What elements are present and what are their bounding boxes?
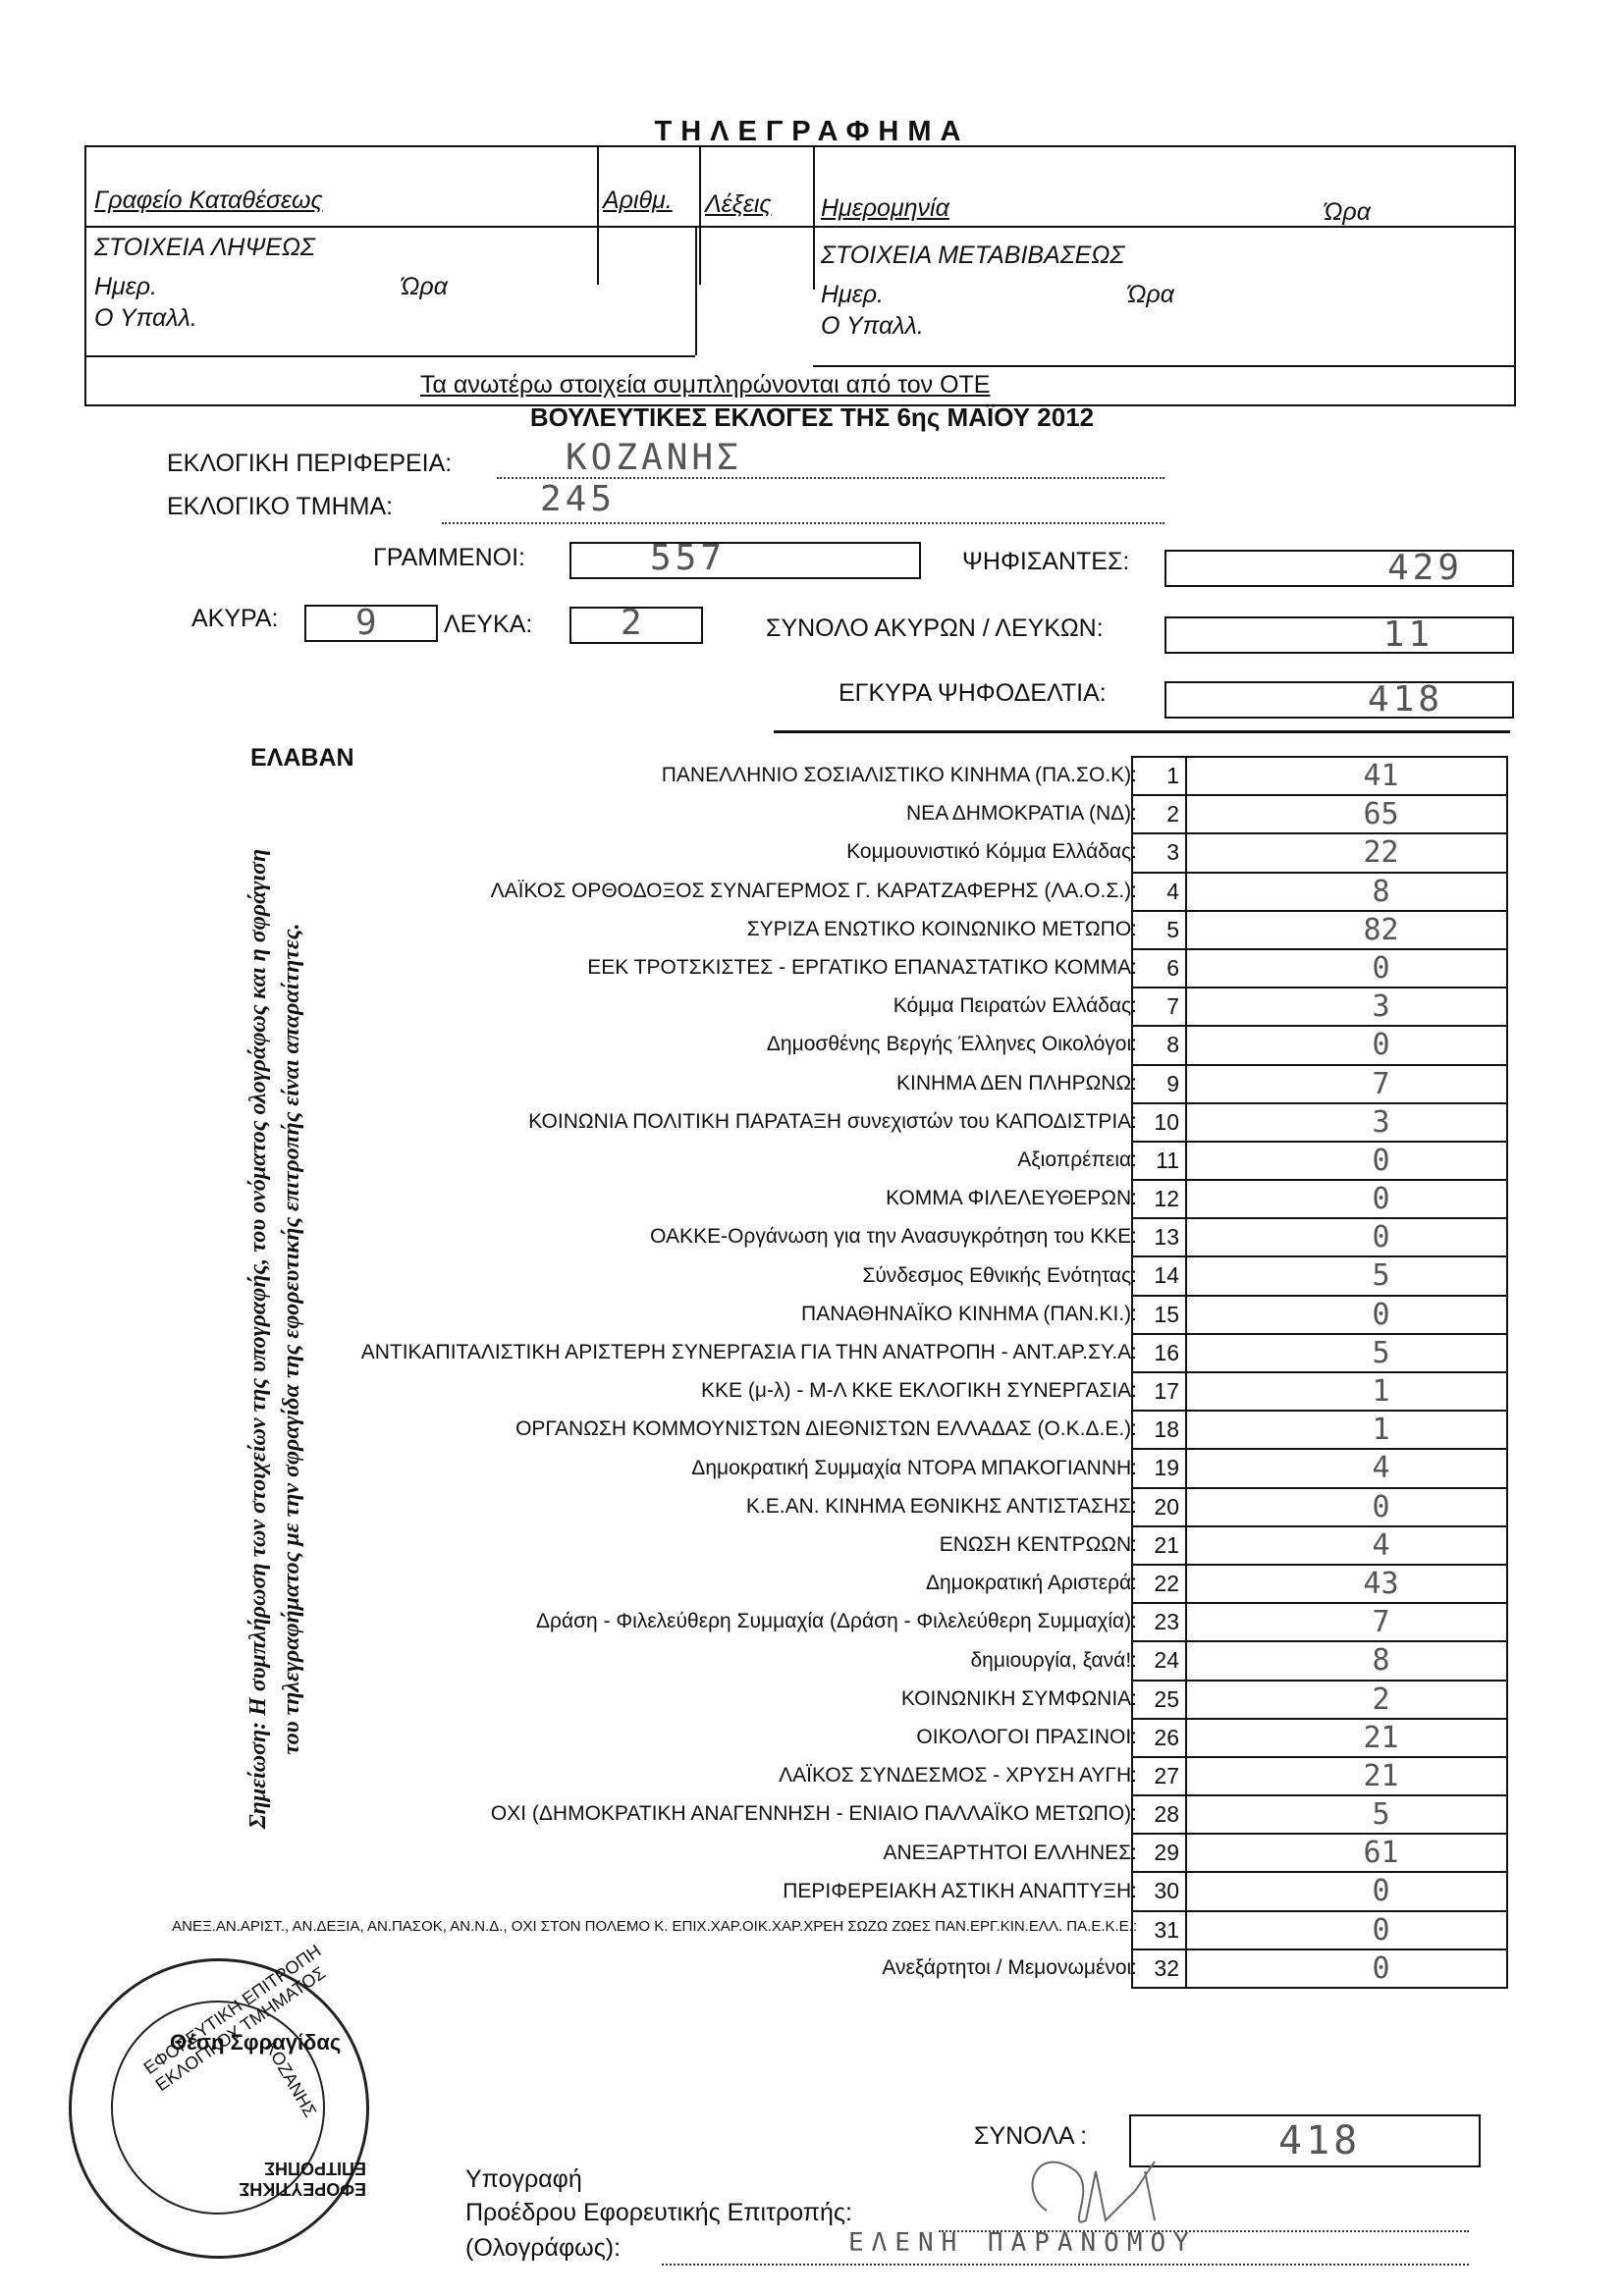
- election-heading: ΒΟΥΛΕΥΤΙΚΕΣ ΕΚΛΟΓΕΣ ΤΗΣ 6ης ΜΑΪΟΥ 2012: [0, 402, 1624, 433]
- invalid-blank-total-field[interactable]: 11: [1164, 616, 1514, 654]
- table-row: 248: [1133, 1642, 1506, 1681]
- party-votes-field[interactable]: 82: [1187, 912, 1506, 948]
- party-number: 8: [1133, 1027, 1187, 1063]
- fullname-label: (Ολογράφως):: [465, 2234, 621, 2263]
- valid-field[interactable]: 418: [1164, 681, 1514, 719]
- party-number: 3: [1133, 834, 1187, 871]
- party-votes-field[interactable]: 22: [1187, 834, 1506, 871]
- party-votes-field[interactable]: 43: [1187, 1566, 1506, 1602]
- party-votes-field[interactable]: 0: [1187, 1027, 1506, 1063]
- party-number: 7: [1133, 988, 1187, 1025]
- table-row: 582: [1133, 912, 1506, 950]
- date-label: Ημερομηνία: [821, 194, 949, 223]
- party-votes-field[interactable]: 41: [1187, 758, 1506, 794]
- table-row: 73: [1133, 988, 1506, 1027]
- party-name: ΛΑΪΚΟΣ ΣΥΝΔΕΣΜΟΣ - ΧΡΥΣΗ ΑΥΓΗ:: [779, 1764, 1137, 1788]
- divider: [774, 730, 1510, 733]
- party-votes-field[interactable]: 0: [1187, 1489, 1506, 1525]
- table-row: 322: [1133, 834, 1506, 873]
- party-votes-field[interactable]: 4: [1187, 1450, 1506, 1486]
- president-label: Προέδρου Εφορευτικής Επιτροπής:: [465, 2199, 852, 2227]
- party-number: 22: [1133, 1566, 1187, 1602]
- table-row: 252: [1133, 1682, 1506, 1720]
- table-row: 285: [1133, 1796, 1506, 1835]
- party-name: Αξιοπρέπεια:: [1017, 1148, 1137, 1172]
- voted-label: ΨΗΦΙΣΑΝΤΕΣ:: [962, 548, 1129, 576]
- party-name: ΑΝΕΞΑΡΤΗΤΟΙ ΕΛΛΗΝΕΣ:: [883, 1842, 1137, 1865]
- table-row: 2621: [1133, 1720, 1506, 1758]
- table-row: 48: [1133, 874, 1506, 912]
- registered-field[interactable]: 557: [569, 542, 921, 579]
- transmit-clerk: Ο Υπαλλ.: [821, 312, 924, 341]
- party-name: ΝΕΑ ΔΗΜΟΚΡΑΤΙΑ (ΝΔ):: [906, 802, 1137, 826]
- party-number: 17: [1133, 1373, 1187, 1410]
- fullname-value: ΕΛΕΝΗ ΠΑΡΑΝΟΜΟΥ: [848, 2228, 1197, 2258]
- party-votes-field[interactable]: 4: [1187, 1527, 1506, 1564]
- party-number: 18: [1133, 1412, 1187, 1448]
- party-number: 27: [1133, 1758, 1187, 1794]
- region-field[interactable]: ΚΟΖΑΝΗΣ: [497, 444, 1164, 479]
- stamp-bottom-text: ΕΦΟΡΕΥΤΙΚΗΣ ΕΠΙΤΡΟΠΗΣ: [140, 2158, 366, 2199]
- party-votes-field[interactable]: 65: [1187, 796, 1506, 832]
- office-label: Γραφείο Καταθέσεως: [94, 187, 323, 215]
- party-number: 21: [1133, 1527, 1187, 1564]
- table-row: 310: [1133, 1912, 1506, 1950]
- receipt-clerk: Ο Υπαλλ.: [94, 304, 197, 333]
- table-row: 2721: [1133, 1758, 1506, 1796]
- party-name: ΣΥΡΙΖΑ ΕΝΩΤΙΚΟ ΚΟΙΝΩΝΙΚΟ ΜΕΤΩΠΟ:: [747, 918, 1137, 941]
- table-row: 165: [1133, 1335, 1506, 1373]
- party-votes-field[interactable]: 0: [1187, 1297, 1506, 1333]
- invalid-blank-total-value: 11: [1383, 614, 1434, 655]
- table-row: 110: [1133, 1143, 1506, 1181]
- party-name: ΟΑΚΚΕ-Οργάνωση για την Ανασυγκρότηση του…: [650, 1225, 1137, 1249]
- party-number: 31: [1133, 1912, 1187, 1949]
- party-name: ΚΙΝΗΜΑ ΔΕΝ ΠΛΗΡΩΝΩ:: [896, 1072, 1137, 1095]
- results-table: 1412653224858260738097103110120130145150…: [1131, 756, 1508, 1989]
- receipt-title: ΣΤΟΙΧΕΙΑ ΛΗΨΕΩΣ: [94, 234, 315, 262]
- transmit-date: Ημερ.: [821, 281, 884, 309]
- party-number: 28: [1133, 1796, 1187, 1833]
- party-votes-field[interactable]: 7: [1187, 1604, 1506, 1640]
- table-row: 60: [1133, 950, 1506, 988]
- divider: [86, 355, 695, 357]
- table-row: 130: [1133, 1219, 1506, 1257]
- party-name: ΚΟΙΝΩΝΙΑ ΠΟΛΙΤΙΚΗ ΠΑΡΑΤΑΞΗ συνεχιστών το…: [528, 1110, 1137, 1134]
- table-row: 214: [1133, 1527, 1506, 1566]
- registered-label: ΓΡΑΜΜΕΝΟΙ:: [373, 544, 525, 572]
- divider: [813, 147, 815, 290]
- divider: [597, 147, 599, 285]
- party-votes-field[interactable]: 3: [1187, 988, 1506, 1025]
- receipt-date: Ημερ.: [94, 273, 157, 301]
- party-number: 19: [1133, 1450, 1187, 1486]
- party-votes-field[interactable]: 8: [1187, 1642, 1506, 1679]
- party-number: 24: [1133, 1642, 1187, 1679]
- region-value: ΚΟΖΑΝΗΣ: [566, 438, 742, 478]
- table-row: 194: [1133, 1450, 1506, 1488]
- party-votes-field[interactable]: 21: [1187, 1758, 1506, 1794]
- party-name: Δημοκρατική Αριστερά:: [926, 1572, 1137, 1595]
- party-name: Κ.Ε.ΑΝ. ΚΙΝΗΜΑ ΕΘΝΙΚΗΣ ΑΝΤΙΣΤΑΣΗΣ:: [746, 1495, 1137, 1519]
- party-votes-field[interactable]: 0: [1187, 1143, 1506, 1179]
- registered-value: 557: [650, 538, 726, 578]
- invalid-value: 9: [355, 603, 381, 643]
- party-number: 4: [1133, 874, 1187, 910]
- party-number: 1: [1133, 758, 1187, 794]
- side-note: Σημείωση: Η συμπλήρωση των στοιχείων της…: [242, 475, 308, 2203]
- table-row: 141: [1133, 758, 1506, 796]
- blank-label: ΛΕΥΚΑ:: [444, 611, 532, 639]
- table-row: 237: [1133, 1604, 1506, 1642]
- table-row: 200: [1133, 1489, 1506, 1527]
- party-name: δημιουργία, ξανά!:: [970, 1649, 1137, 1673]
- party-votes-field[interactable]: 0: [1187, 950, 1506, 987]
- party-votes-field[interactable]: 21: [1187, 1720, 1506, 1756]
- divider: [695, 228, 697, 355]
- valid-label: ΕΓΚΥΡΑ ΨΗΦΟΔΕΛΤΙΑ:: [839, 679, 1107, 708]
- table-row: 2243: [1133, 1566, 1506, 1604]
- receipt-time: Ώρα: [401, 273, 448, 301]
- table-row: 171: [1133, 1373, 1506, 1412]
- divider: [699, 147, 701, 285]
- party-votes-field[interactable]: 5: [1187, 1257, 1506, 1294]
- party-name: Δράση - Φιλελεύθερη Συμμαχία (Δράση - Φι…: [536, 1610, 1137, 1633]
- party-number: 29: [1133, 1835, 1187, 1871]
- party-votes-field[interactable]: 0: [1187, 1950, 1506, 1987]
- ote-note: Τα ανωτέρω στοιχεία συμπληρώνονται από τ…: [420, 371, 990, 400]
- table-row: 120: [1133, 1181, 1506, 1219]
- stamp-inner-text: Θέση Σφραγίδας: [170, 2030, 341, 2056]
- ote-box: Γραφείο Καταθέσεως Αριθμ. Λέξεις Ημερομη…: [84, 145, 1516, 406]
- time-label: Ώρα: [1324, 198, 1371, 227]
- party-number: 25: [1133, 1682, 1187, 1718]
- transmit-time: Ώρα: [1127, 281, 1174, 309]
- side-note-line2: του τηλεγραφήματος με την σφραγίδα της ε…: [275, 475, 308, 2203]
- invalid-field[interactable]: 9: [304, 605, 438, 642]
- party-name: ΟΡΓΑΝΩΣΗ ΚΟΜΜΟΥΝΙΣΤΩΝ ΔΙΕΘΝΙΣΤΩΝ ΕΛΛΑΔΑΣ…: [515, 1417, 1137, 1441]
- party-votes-field[interactable]: 7: [1187, 1066, 1506, 1102]
- party-name: ΠΑΝΕΛΛΗΝΙΟ ΣΟΣΙΑΛΙΣΤΙΚΟ ΚΙΝΗΜΑ (ΠΑ.ΣΟ.Κ)…: [662, 764, 1137, 787]
- party-name: ΟΧΙ (ΔΗΜΟΚΡΑΤΙΚΗ ΑΝΑΓΕΝΝΗΣΗ - ΕΝΙΑΙΟ ΠΑΛ…: [491, 1802, 1137, 1826]
- party-name: ΛΑΪΚΟΣ ΟΡΘΟΔΟΞΟΣ ΣΥΝΑΓΕΡΜΟΣ Γ. ΚΑΡΑΤΖΑΦΕ…: [491, 880, 1137, 903]
- table-row: 2961: [1133, 1835, 1506, 1873]
- party-number: 2: [1133, 796, 1187, 832]
- party-number: 26: [1133, 1720, 1187, 1756]
- divider: [813, 365, 1514, 367]
- party-name: Κομμουνιστικό Κόμμα Ελλάδας:: [846, 840, 1137, 864]
- party-number: 30: [1133, 1873, 1187, 1909]
- valid-value: 418: [1368, 679, 1443, 720]
- blank-field[interactable]: 2: [569, 607, 703, 644]
- party-number: 16: [1133, 1335, 1187, 1371]
- party-votes-field[interactable]: 1: [1187, 1412, 1506, 1448]
- party-number: 10: [1133, 1104, 1187, 1141]
- table-row: 80: [1133, 1027, 1506, 1065]
- table-row: 181: [1133, 1412, 1506, 1450]
- fullname-field[interactable]: ΕΛΕΝΗ ΠΑΡΑΝΟΜΟΥ: [662, 2234, 1469, 2266]
- party-votes-field[interactable]: 0: [1187, 1912, 1506, 1949]
- party-number: 5: [1133, 912, 1187, 948]
- party-name: Κόμμα Πειρατών Ελλάδας:: [893, 994, 1137, 1018]
- party-number: 11: [1133, 1143, 1187, 1179]
- party-votes-field[interactable]: 3: [1187, 1104, 1506, 1141]
- divider: [86, 226, 1514, 228]
- party-votes-field[interactable]: 5: [1187, 1335, 1506, 1371]
- party-number: 15: [1133, 1297, 1187, 1333]
- signature-label: Υπογραφή: [465, 2165, 582, 2194]
- party-name: Δημοκρατική Συμμαχία ΝΤΟΡΑ ΜΠΑΚΟΓΙΑΝΝΗ:: [691, 1457, 1137, 1480]
- party-name: ΠΕΡΙΦΕΡΕΙΑΚΗ ΑΣΤΙΚΗ ΑΝΑΠΤΥΞΗ:: [783, 1880, 1137, 1903]
- party-name: ΑΝΤΙΚΑΠΙΤΑΛΙΣΤΙΚΗ ΑΡΙΣΤΕΡΗ ΣΥΝΕΡΓΑΣΙΑ ΓΙ…: [361, 1341, 1137, 1364]
- words-label: Λέξεις: [705, 190, 772, 219]
- party-number: 23: [1133, 1604, 1187, 1640]
- signature-mark-icon: [1007, 2132, 1184, 2240]
- party-name: ΠΑΝΑΘΗΝΑΪΚΟ ΚΙΝΗΜΑ (ΠΑΝ.ΚΙ.):: [801, 1303, 1137, 1326]
- party-votes-field[interactable]: 0: [1187, 1219, 1506, 1255]
- table-row: 300: [1133, 1873, 1506, 1911]
- party-name: ΚΟΜΜΑ ΦΙΛΕΛΕΥΘΕΡΩΝ:: [886, 1187, 1137, 1210]
- table-row: 97: [1133, 1066, 1506, 1104]
- number-label: Αριθμ.: [603, 187, 673, 215]
- party-name: ΕΕΚ ΤΡΟΤΣΚΙΣΤΕΣ - ΕΡΓΑΤΙΚΟ ΕΠΑΝΑΣΤΑΤΙΚΟ …: [587, 956, 1137, 980]
- totals-value: 418: [1278, 2118, 1361, 2163]
- blank-value: 2: [621, 603, 646, 643]
- telegram-title: ΤΗΛΕΓΡΑΦΗΜΑ: [0, 116, 1624, 148]
- section-field[interactable]: 245: [442, 487, 1164, 524]
- party-name: ΚΚΕ (μ-λ) - Μ-Λ ΚΚΕ ΕΚΛΟΓΙΚΗ ΣΥΝΕΡΓΑΣΙΑ:: [701, 1379, 1137, 1403]
- party-name: ΟΙΚΟΛΟΓΟΙ ΠΡΑΣΙΝΟΙ:: [916, 1726, 1137, 1749]
- party-number: 6: [1133, 950, 1187, 987]
- voted-field[interactable]: 429: [1164, 550, 1514, 587]
- party-votes-field[interactable]: 61: [1187, 1835, 1506, 1871]
- party-number: 9: [1133, 1066, 1187, 1102]
- party-number: 20: [1133, 1489, 1187, 1525]
- party-name: Σύνδεσμος Εθνικής Ενότητας:: [862, 1264, 1137, 1288]
- side-note-line1: Σημείωση: Η συμπλήρωση των στοιχείων της…: [242, 475, 275, 2203]
- party-number: 14: [1133, 1257, 1187, 1294]
- party-votes-field[interactable]: 5: [1187, 1796, 1506, 1833]
- invalid-blank-total-label: ΣΥΝΟΛΟ ΑΚΥΡΩΝ / ΛΕΥΚΩΝ:: [766, 614, 1104, 643]
- table-row: 265: [1133, 796, 1506, 834]
- table-row: 320: [1133, 1950, 1506, 1987]
- table-row: 145: [1133, 1257, 1506, 1296]
- party-votes-field[interactable]: 0: [1187, 1181, 1506, 1217]
- table-row: 103: [1133, 1104, 1506, 1143]
- party-name: Ανεξάρτητοι / Μεμονωμένοι:: [882, 1956, 1137, 1980]
- party-name: Δημοσθένης Βεργής Έλληνες Οικολόγοι:: [767, 1033, 1137, 1056]
- party-votes-field[interactable]: 1: [1187, 1373, 1506, 1410]
- party-name: ΕΝΩΣΗ ΚΕΝΤΡΩΩΝ:: [940, 1533, 1137, 1557]
- party-number: 13: [1133, 1219, 1187, 1255]
- committee-stamp: ΕΦΟΡΕΥΤΙΚΗ ΕΠΙΤΡΟΠΗ ΕΚΛΟΓΙΚΟΥ ΤΜΗΜΑΤΟΣ Θ…: [69, 1958, 369, 2259]
- party-number: 12: [1133, 1181, 1187, 1217]
- voted-value: 429: [1387, 548, 1463, 588]
- party-votes-field[interactable]: 8: [1187, 874, 1506, 910]
- party-number: 32: [1133, 1950, 1187, 1987]
- region-label: ΕΚΛΟΓΙΚΗ ΠΕΡΙΦΕΡΕΙΑ:: [167, 450, 452, 478]
- party-votes-field[interactable]: 0: [1187, 1873, 1506, 1909]
- transmit-title: ΣΤΟΙΧΕΙΑ ΜΕΤΑΒΙΒΑΣΕΩΣ: [821, 241, 1124, 270]
- party-name: ΚΟΙΝΩΝΙΚΗ ΣΥΜΦΩΝΙΑ:: [901, 1687, 1137, 1711]
- section-value: 245: [540, 479, 616, 519]
- party-name: ΑΝΕΞ.ΑΝ.ΑΡΙΣΤ., ΑΝ.ΔΕΞΙΑ, ΑΝ.ΠΑΣΟΚ, ΑΝ.Ν…: [172, 1918, 1137, 1935]
- table-row: 150: [1133, 1297, 1506, 1335]
- party-votes-field[interactable]: 2: [1187, 1682, 1506, 1718]
